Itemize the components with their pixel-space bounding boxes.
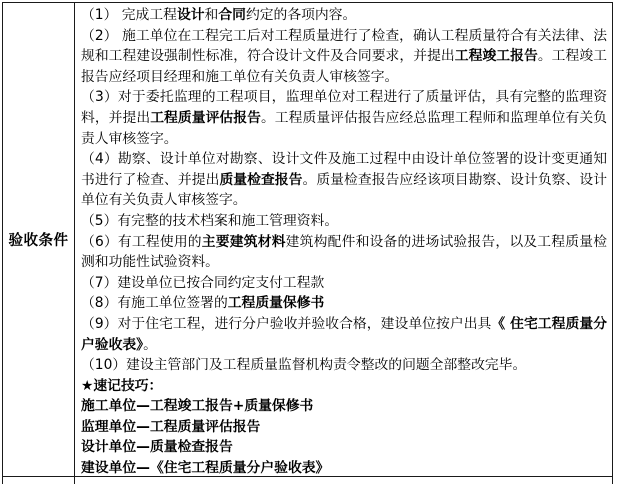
condition-paragraph: （2） 施工单位在工程完工后对工程质量进行了检查，确认工程质量符合有关法律、法规… <box>81 26 607 88</box>
bold-text-segment: 施工单位—工程竣工报告+质量保修书 <box>81 398 313 414</box>
row-header-cell: 验收条件 <box>3 3 75 476</box>
bold-text-segment: 工程质量评估报告 <box>150 110 261 126</box>
condition-paragraph: （3）对于委托监理的工程项目，监理单位对工程进行了质量评估，具有完整的监理资料，… <box>81 87 607 149</box>
conditions-content-cell: （1） 完成工程设计和合同约定的各项内容。（2） 施工单位在工程完工后对工程质量… <box>75 3 612 476</box>
next-row-header-stub <box>3 477 75 484</box>
text-segment: （10）建设主管部门及工程质量监督机构责令整改的问题全部整改完毕。 <box>81 357 526 373</box>
text-segment: （8）有施工单位签署的 <box>81 295 228 311</box>
condition-paragraph: （4）勘察、设计单位对勘察、设计文件及施工过程中由设计单位签署的设计变更通知书进… <box>81 149 607 211</box>
next-row-sliver <box>3 477 612 484</box>
bold-text-segment: 工程质量保修书 <box>228 295 325 311</box>
condition-paragraph: （9）对于住宅工程，进行分户验收并验收合格，建设单位按户出具《 住宅工程质量分户… <box>81 314 607 355</box>
condition-paragraph: （7）建设单位已按合同约定支付工程款 <box>81 273 607 294</box>
text-segment: （5）有完整的技术档案和施工管理资料。 <box>81 213 338 229</box>
condition-paragraph: 施工单位—工程竣工报告+质量保修书 <box>81 396 607 417</box>
document-page: 验收条件 （1） 完成工程设计和合同约定的各项内容。（2） 施工单位在工程完工后… <box>0 0 617 484</box>
condition-paragraph: （8）有施工单位签署的工程质量保修书 <box>81 293 607 314</box>
bold-text-segment: ★速记技巧： <box>81 378 162 394</box>
bold-text-segment: 设计单位—质量检查报告 <box>81 439 233 455</box>
condition-paragraph: （10）建设主管部门及工程质量监督机构责令整改的问题全部整改完毕。 <box>81 355 607 376</box>
text-segment: （1） 完成工程 <box>81 7 177 23</box>
acceptance-conditions-table: 验收条件 （1） 完成工程设计和合同约定的各项内容。（2） 施工单位在工程完工后… <box>2 2 613 484</box>
bold-text-segment: 质量检查报告 <box>219 172 302 188</box>
bold-text-segment: 工程竣工报告 <box>455 48 538 64</box>
row-header-label: 验收条件 <box>9 229 69 250</box>
condition-paragraph: （5）有完整的技术档案和施工管理资料。 <box>81 211 607 232</box>
text-segment: （7）建设单位已按合同约定支付工程款 <box>81 275 324 291</box>
text-segment: 。 <box>143 337 157 353</box>
condition-paragraph: 设计单位—质量检查报告 <box>81 437 607 458</box>
condition-paragraph: 建设单位—《住宅工程质量分户验收表》 <box>81 458 607 476</box>
condition-paragraph: （6）有工程使用的主要建筑材料建筑构配件和设备的进场试验报告，以及工程质量检测和… <box>81 232 607 273</box>
condition-paragraph: 监理单位—工程质量评估报告 <box>81 417 607 438</box>
bold-text-segment: 设计 <box>177 7 205 23</box>
text-segment: 和 <box>205 7 219 23</box>
bold-text-segment: 建设单位—《住宅工程质量分户验收表》 <box>81 460 329 476</box>
text-segment: 约定的各项内容。 <box>246 7 356 23</box>
table-row: 验收条件 （1） 完成工程设计和合同约定的各项内容。（2） 施工单位在工程完工后… <box>3 3 612 477</box>
text-segment: （6）有工程使用的 <box>81 234 202 250</box>
bold-text-segment: 监理单位—工程质量评估报告 <box>81 419 260 435</box>
bold-text-segment: 合同 <box>218 7 246 23</box>
condition-paragraph: （1） 完成工程设计和合同约定的各项内容。 <box>81 5 607 26</box>
condition-paragraph: ★速记技巧： <box>81 376 607 397</box>
text-segment: （9）对于住宅工程，进行分户验收并验收合格，建设单位按户出具 <box>81 316 491 332</box>
bold-text-segment: 主要建筑材料 <box>202 234 286 250</box>
